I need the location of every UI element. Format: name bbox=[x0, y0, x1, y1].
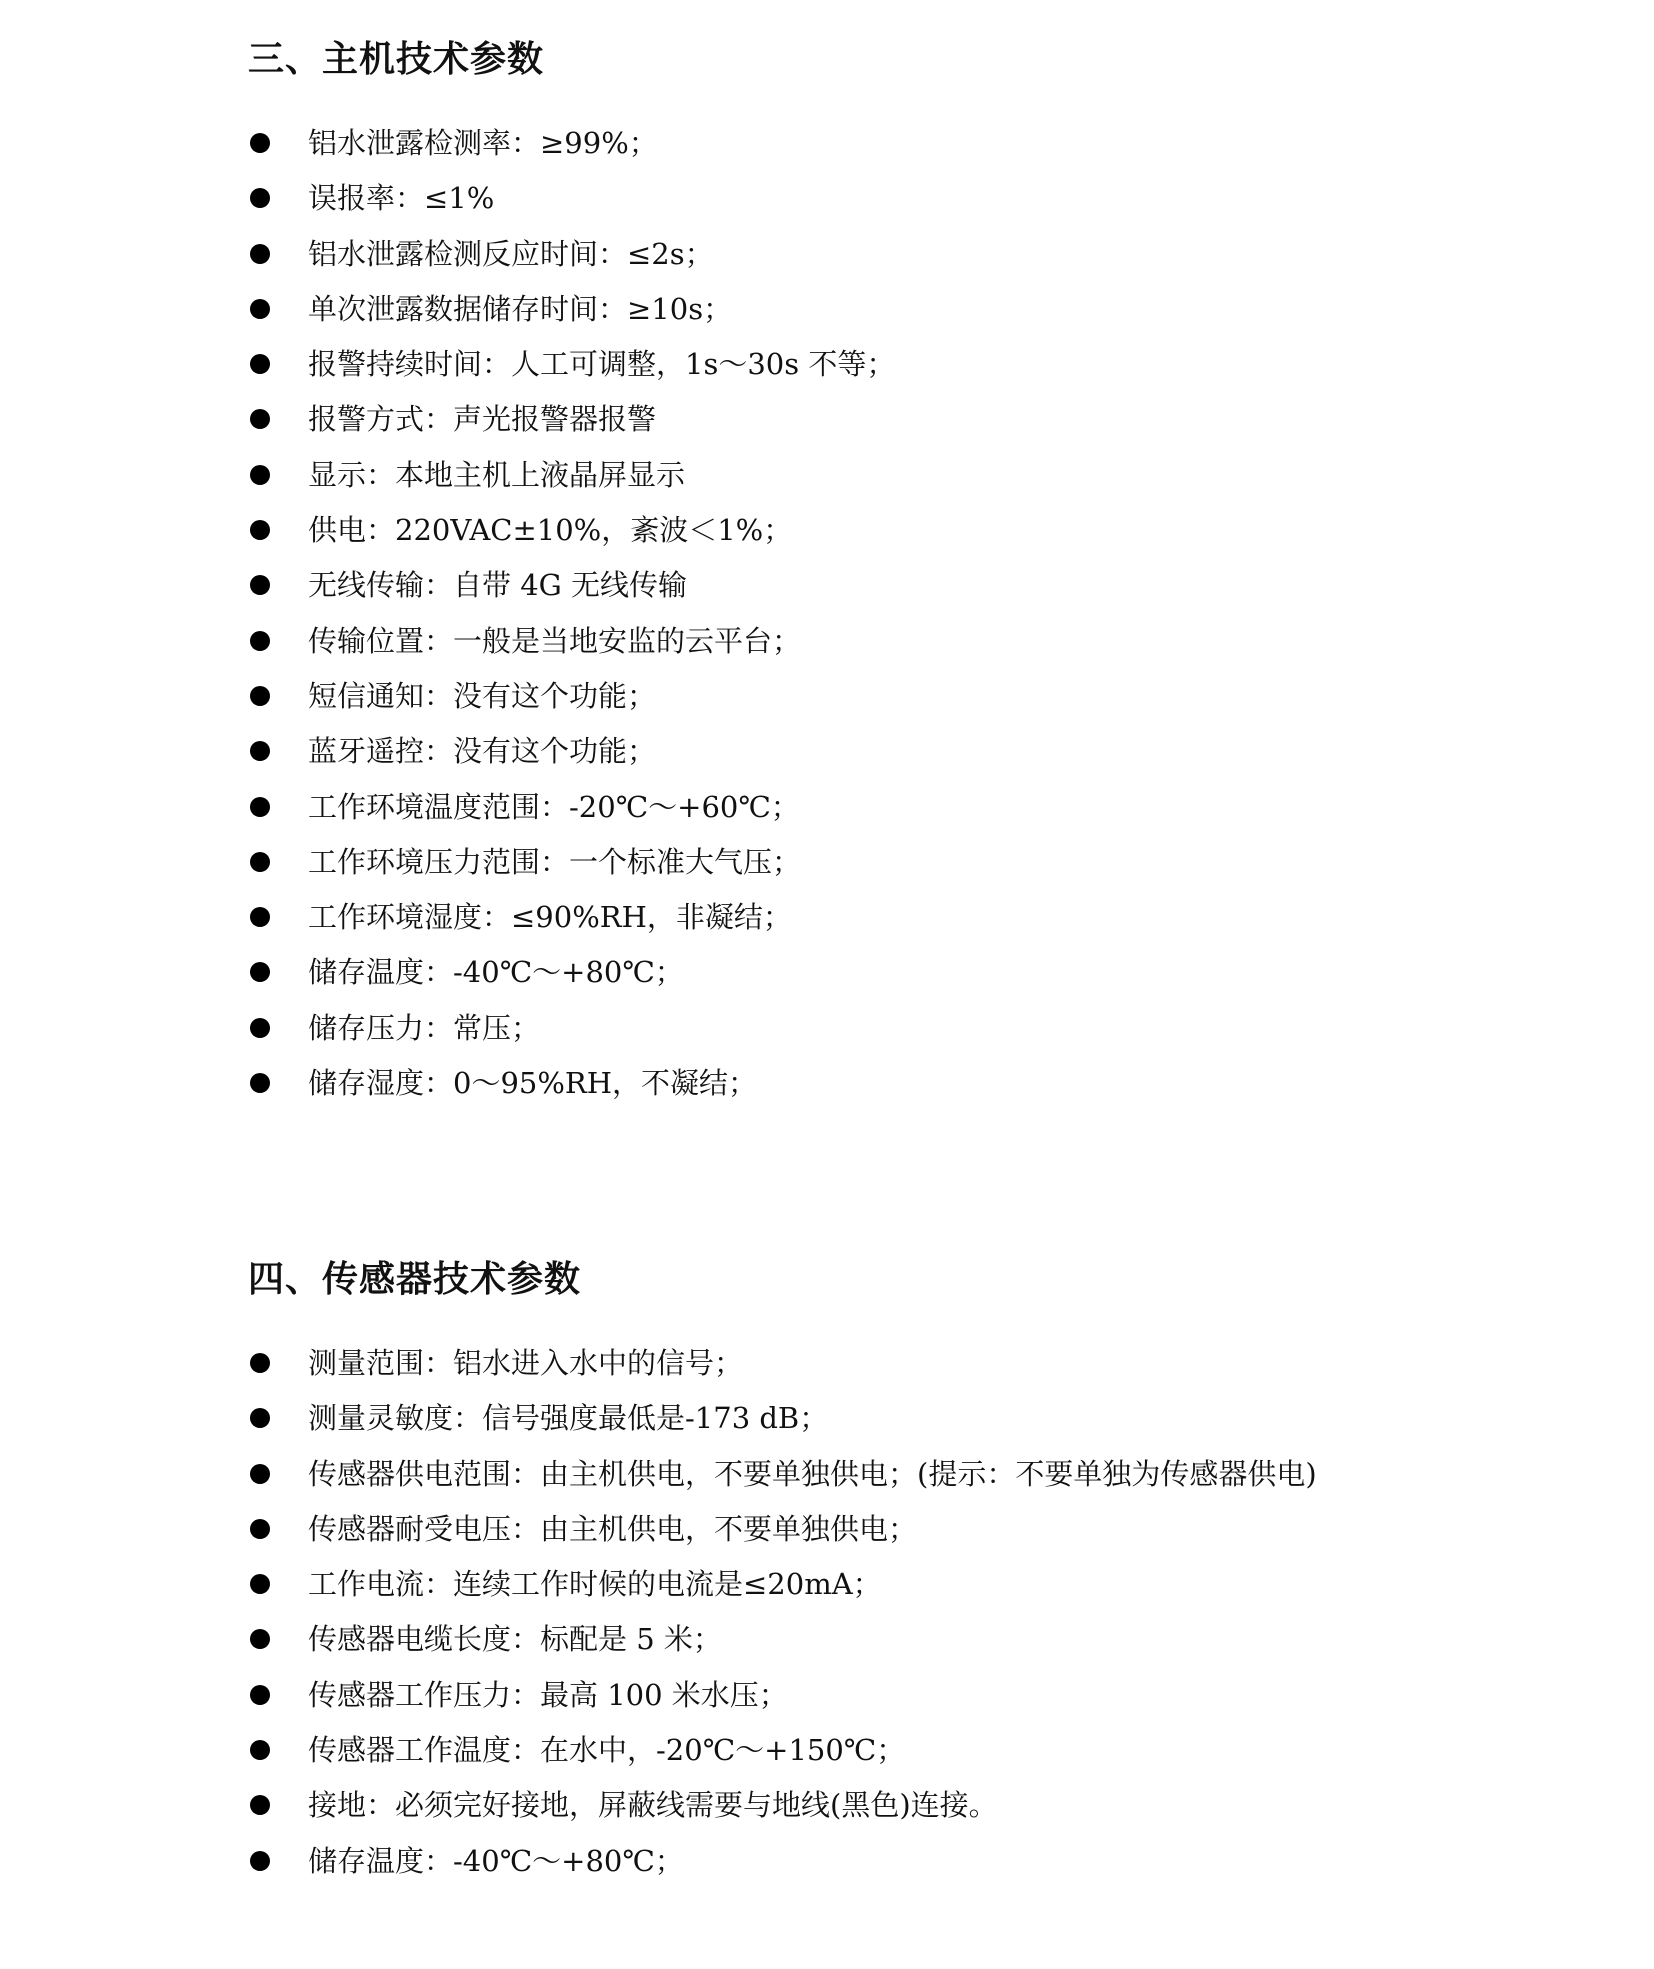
section-title: 三、主机技术参数 bbox=[248, 38, 1428, 82]
item-text: 报警持续时间：人工可调整，1s～30s 不等； bbox=[308, 347, 895, 381]
item-text: 单次泄露数据储存时间：≥10s； bbox=[308, 292, 732, 326]
item-text: 储存温度：-40℃～+80℃； bbox=[308, 955, 684, 989]
bullet-icon bbox=[250, 1851, 270, 1871]
item-text: 传感器工作压力：最高 100 米水压； bbox=[308, 1678, 788, 1712]
item-text: 工作环境压力范围：一个标准大气压； bbox=[308, 845, 801, 879]
list-item: 传输位置：一般是当地安监的云平台； bbox=[248, 614, 1428, 669]
item-text: 传感器工作温度：在水中，-20℃～+150℃； bbox=[308, 1733, 905, 1767]
bullet-icon bbox=[250, 797, 270, 817]
list-item: 测量灵敏度：信号强度最低是-173 dB； bbox=[248, 1391, 1428, 1446]
list-item: 传感器工作压力：最高 100 米水压； bbox=[248, 1668, 1428, 1723]
bullet-icon bbox=[250, 686, 270, 706]
list-item: 传感器耐受电压：由主机供电，不要单独供电； bbox=[248, 1502, 1428, 1557]
item-text: 显示：本地主机上液晶屏显示 bbox=[308, 458, 685, 492]
item-text: 工作环境温度范围：-20℃～+60℃； bbox=[308, 790, 800, 824]
list-item: 显示：本地主机上液晶屏显示 bbox=[248, 448, 1428, 503]
item-text: 短信通知：没有这个功能； bbox=[308, 679, 656, 713]
bullet-icon bbox=[250, 354, 270, 374]
section-title: 四、传感器技术参数 bbox=[248, 1258, 1428, 1302]
list-item: 储存温度：-40℃～+80℃； bbox=[248, 945, 1428, 1000]
bullet-icon bbox=[250, 299, 270, 319]
list-item: 蓝牙遥控：没有这个功能； bbox=[248, 724, 1428, 779]
bullet-icon bbox=[250, 409, 270, 429]
bullet-icon bbox=[250, 575, 270, 595]
list-item: 报警持续时间：人工可调整，1s～30s 不等； bbox=[248, 337, 1428, 392]
bullet-icon bbox=[250, 1408, 270, 1428]
list-item: 误报率：≤1% bbox=[248, 171, 1428, 226]
bullet-icon bbox=[250, 244, 270, 264]
bullet-icon bbox=[250, 1795, 270, 1815]
item-text: 供电：220VAC±10%，紊波＜1%； bbox=[308, 513, 792, 547]
list-item: 铝水泄露检测反应时间：≤2s； bbox=[248, 227, 1428, 282]
list-item: 无线传输：自带 4G 无线传输 bbox=[248, 558, 1428, 613]
item-text: 测量灵敏度：信号强度最低是-173 dB； bbox=[308, 1401, 828, 1435]
item-text: 铝水泄露检测率：≥99%； bbox=[308, 126, 658, 160]
bullet-icon bbox=[250, 1519, 270, 1539]
list-item: 铝水泄露检测率：≥99%； bbox=[248, 116, 1428, 171]
item-text: 铝水泄露检测反应时间：≤2s； bbox=[308, 237, 714, 271]
bullet-icon bbox=[250, 1685, 270, 1705]
bullet-icon bbox=[250, 1073, 270, 1093]
item-text: 蓝牙遥控：没有这个功能； bbox=[308, 734, 656, 768]
list-item: 供电：220VAC±10%，紊波＜1%； bbox=[248, 503, 1428, 558]
item-text: 工作电流：连续工作时候的电流是≤20mA； bbox=[308, 1567, 882, 1601]
list-item: 储存温度：-40℃～+80℃； bbox=[248, 1834, 1428, 1889]
section-sensor-specs: 四、传感器技术参数 测量范围：铝水进入水中的信号； 测量灵敏度：信号强度最低是-… bbox=[248, 1258, 1428, 1889]
list-item: 传感器供电范围：由主机供电，不要单独供电；(提示：不要单独为传感器供电) bbox=[248, 1447, 1428, 1502]
list-item: 传感器电缆长度：标配是 5 米； bbox=[248, 1612, 1428, 1667]
list-item: 工作电流：连续工作时候的电流是≤20mA； bbox=[248, 1557, 1428, 1612]
bullet-icon bbox=[250, 465, 270, 485]
bullet-icon bbox=[250, 741, 270, 761]
bullet-icon bbox=[250, 852, 270, 872]
item-text: 工作环境湿度：≤90%RH，非凝结； bbox=[308, 900, 792, 934]
item-text: 储存湿度：0～95%RH，不凝结； bbox=[308, 1066, 757, 1100]
bullet-icon bbox=[250, 133, 270, 153]
list-item: 工作环境温度范围：-20℃～+60℃； bbox=[248, 780, 1428, 835]
bullet-icon bbox=[250, 1018, 270, 1038]
bullet-icon bbox=[250, 1353, 270, 1373]
list-item: 工作环境湿度：≤90%RH，非凝结； bbox=[248, 890, 1428, 945]
item-text: 传感器耐受电压：由主机供电，不要单独供电； bbox=[308, 1512, 917, 1546]
spec-list: 铝水泄露检测率：≥99%； 误报率：≤1% 铝水泄露检测反应时间：≤2s； 单次… bbox=[248, 116, 1428, 1111]
list-item: 接地：必须完好接地，屏蔽线需要与地线(黑色)连接。 bbox=[248, 1778, 1428, 1833]
item-text: 无线传输：自带 4G 无线传输 bbox=[308, 568, 687, 602]
list-item: 储存湿度：0～95%RH，不凝结； bbox=[248, 1056, 1428, 1111]
item-text: 传感器供电范围：由主机供电，不要单独供电；(提示：不要单独为传感器供电) bbox=[308, 1457, 1317, 1491]
list-item: 传感器工作温度：在水中，-20℃～+150℃； bbox=[248, 1723, 1428, 1778]
bullet-icon bbox=[250, 1740, 270, 1760]
list-item: 单次泄露数据储存时间：≥10s； bbox=[248, 282, 1428, 337]
item-text: 误报率：≤1% bbox=[308, 181, 494, 215]
spec-list: 测量范围：铝水进入水中的信号； 测量灵敏度：信号强度最低是-173 dB； 传感… bbox=[248, 1336, 1428, 1889]
list-item: 工作环境压力范围：一个标准大气压； bbox=[248, 835, 1428, 890]
item-text: 传输位置：一般是当地安监的云平台； bbox=[308, 624, 801, 658]
bullet-icon bbox=[250, 1574, 270, 1594]
list-item: 报警方式：声光报警器报警 bbox=[248, 392, 1428, 447]
list-item: 短信通知：没有这个功能； bbox=[248, 669, 1428, 724]
item-text: 储存压力：常压； bbox=[308, 1011, 540, 1045]
bullet-icon bbox=[250, 631, 270, 651]
bullet-icon bbox=[250, 962, 270, 982]
list-item: 测量范围：铝水进入水中的信号； bbox=[248, 1336, 1428, 1391]
bullet-icon bbox=[250, 1464, 270, 1484]
item-text: 接地：必须完好接地，屏蔽线需要与地线(黑色)连接。 bbox=[308, 1788, 998, 1822]
section-host-specs: 三、主机技术参数 铝水泄露检测率：≥99%； 误报率：≤1% 铝水泄露检测反应时… bbox=[248, 38, 1428, 1111]
item-text: 报警方式：声光报警器报警 bbox=[308, 402, 656, 436]
item-text: 储存温度：-40℃～+80℃； bbox=[308, 1844, 684, 1878]
bullet-icon bbox=[250, 188, 270, 208]
bullet-icon bbox=[250, 520, 270, 540]
item-text: 测量范围：铝水进入水中的信号； bbox=[308, 1346, 743, 1380]
bullet-icon bbox=[250, 1629, 270, 1649]
bullet-icon bbox=[250, 907, 270, 927]
list-item: 储存压力：常压； bbox=[248, 1001, 1428, 1056]
item-text: 传感器电缆长度：标配是 5 米； bbox=[308, 1622, 722, 1656]
